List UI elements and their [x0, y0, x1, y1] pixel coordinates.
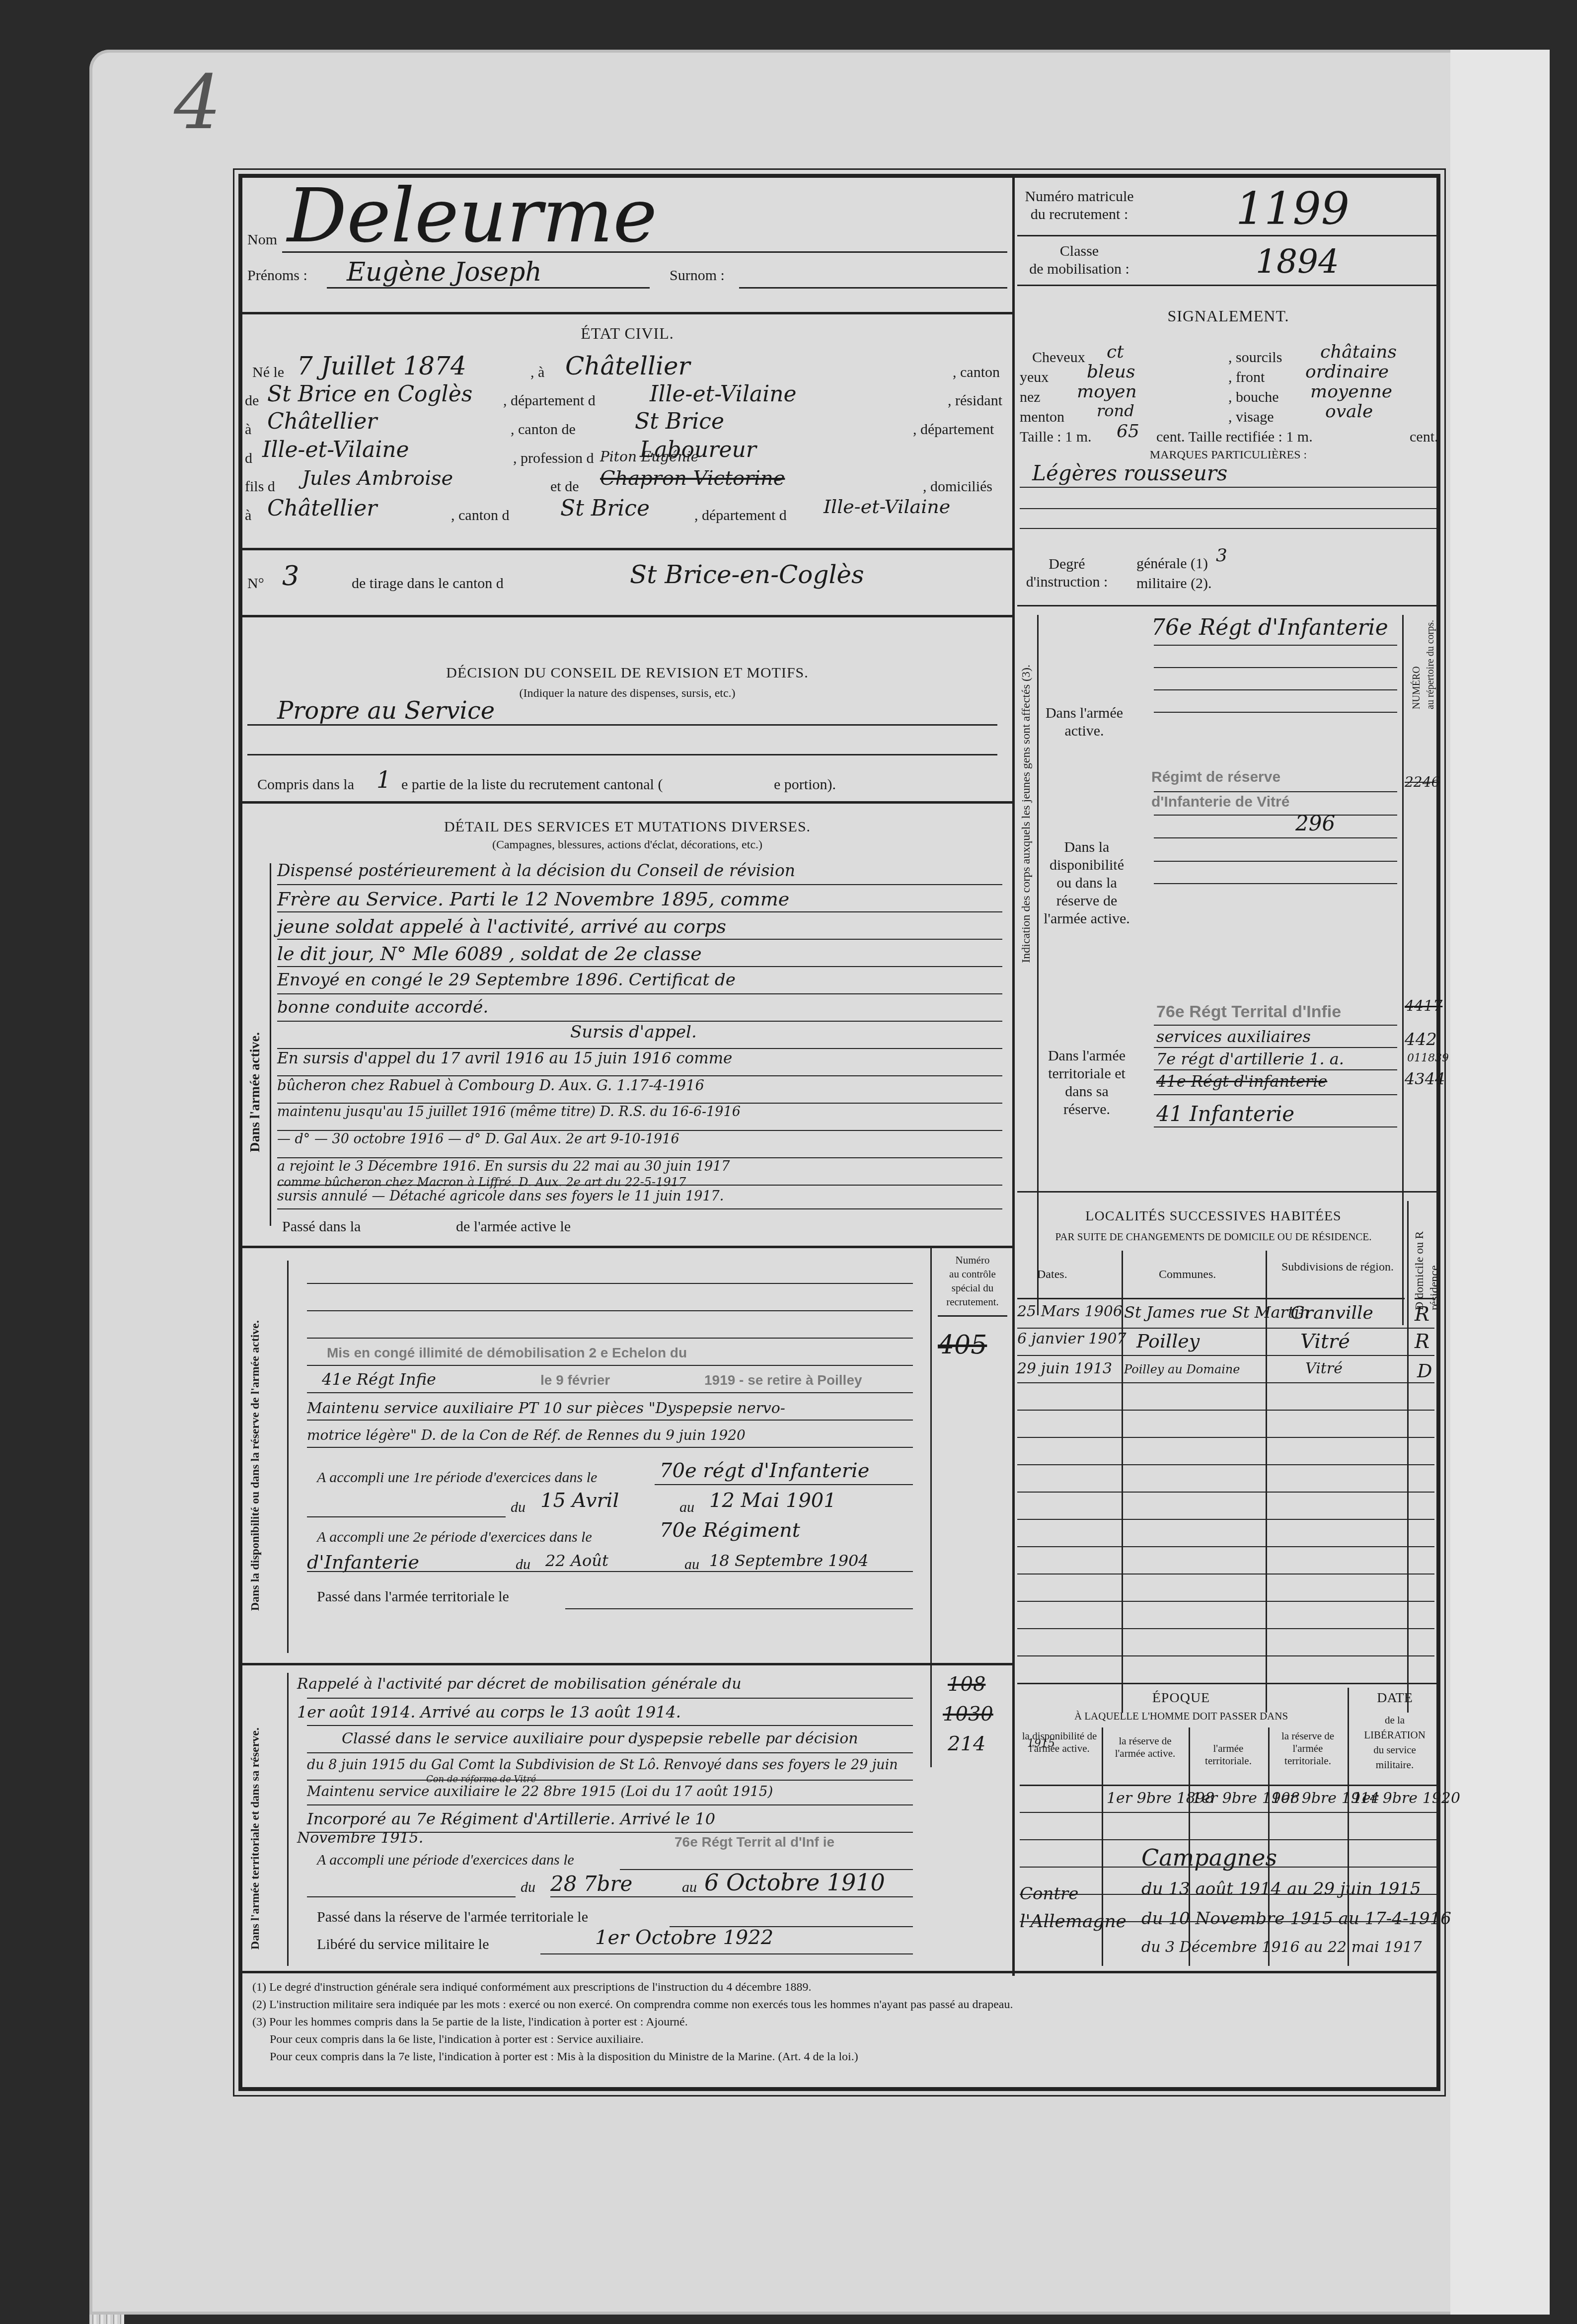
- rule: [938, 1315, 1007, 1317]
- rule: [307, 1698, 913, 1699]
- visage-label: , visage: [1228, 409, 1274, 426]
- localites-date: 29 juin 1913: [1017, 1360, 1112, 1377]
- rule: [1017, 1601, 1434, 1602]
- periode1-to: 12 Mai 1901: [709, 1489, 836, 1512]
- rule: [1154, 861, 1397, 862]
- rule: [277, 966, 1002, 967]
- periode2-label: A accompli une 2e période d'exercices da…: [317, 1529, 592, 1546]
- instruction-generale-label: générale (1): [1136, 555, 1208, 572]
- numero-controle-value: 405: [938, 1330, 987, 1360]
- rule: [1017, 1574, 1434, 1574]
- rule: [1020, 487, 1437, 488]
- rule: [1154, 1126, 1397, 1127]
- corps-territoriale-line: 41 Infanterie: [1156, 1102, 1294, 1126]
- rule: [307, 1780, 913, 1781]
- divider: [242, 548, 1012, 550]
- services-subtitle: (Campagnes, blessures, actions d'éclat, …: [242, 838, 1012, 852]
- corps-dispo-repertoire: 2246: [1405, 774, 1440, 790]
- compris-prefix: Compris dans la: [257, 776, 354, 793]
- territoriale-periode-label: A accompli une période d'exercices dans …: [317, 1852, 574, 1869]
- surnom-label: Surnom :: [670, 267, 725, 284]
- rule: [307, 1283, 913, 1284]
- rule: [1154, 1047, 1397, 1048]
- corps-territoriale-number: 442: [1405, 1030, 1437, 1050]
- sourcils-label: , sourcils: [1228, 349, 1282, 366]
- corps-territoriale-number: 4417: [1405, 997, 1442, 1015]
- instruction-generale-value: 3: [1216, 545, 1227, 566]
- classe-label-line: de mobilisation :: [1029, 261, 1129, 277]
- rule: [307, 1896, 516, 1897]
- date-liberation-line: du service: [1373, 1744, 1416, 1756]
- numero-repertoire-line: NUMÉRO: [1411, 666, 1422, 709]
- services-line: comme bûcheron chez Macron à Liffré. D. …: [277, 1175, 686, 1189]
- passe-reserve-label: Passé dans la réserve de l'armée territo…: [317, 1909, 588, 1926]
- instruction-label-line: Degré: [1049, 556, 1085, 572]
- dom-a-label: à: [245, 507, 251, 524]
- rule: [1154, 1094, 1397, 1095]
- localites-type-header: D domicile ou R résidence.: [1412, 1211, 1442, 1310]
- rule: [1017, 1628, 1434, 1629]
- residant-canton-label: , canton de: [511, 421, 576, 438]
- passe-active-suffix: de l'armée active le: [456, 1218, 571, 1235]
- campagnes-contre-label: Contre: [1020, 1884, 1078, 1904]
- rule: [1017, 235, 1439, 236]
- divider: [242, 801, 1012, 804]
- localites-type-rule: [1407, 1201, 1409, 1713]
- dom-dept-label: , département d: [694, 507, 787, 524]
- corps-dispo-stamp: d'Infanterie de Vitré: [1151, 794, 1289, 811]
- territoriale-periode-to: 6 Octobre 1910: [704, 1869, 885, 1896]
- conseil-title: DÉCISION DU CONSEIL DE REVISION ET MOTIF…: [242, 665, 1012, 681]
- tirage-no-label: N°: [247, 575, 264, 592]
- localites-date: 6 janvier 1907: [1017, 1330, 1126, 1348]
- libere-value: 1er Octobre 1922: [595, 1926, 773, 1949]
- rule: [277, 1103, 1002, 1104]
- rule: [1017, 1683, 1439, 1684]
- rule: [277, 1185, 1002, 1186]
- rule: [277, 1021, 1002, 1022]
- corps-territoriale-number: 4344: [1405, 1069, 1445, 1088]
- classe-label: Classe de mobilisation :: [1017, 242, 1141, 278]
- rule: [1017, 1382, 1434, 1383]
- passe-active-label: Passé dans la: [282, 1218, 361, 1235]
- matricule-form: Nom Deleurme Prénoms : Eugène Joseph Sur…: [238, 174, 1440, 2091]
- corps-territoriale-line: 7e régt d'artillerie 1. a.: [1156, 1050, 1344, 1068]
- epoque-col-territoriale: l'armée territoriale.: [1191, 1742, 1266, 1767]
- rule: [277, 1048, 1002, 1049]
- date-liberation-line: de la: [1385, 1714, 1405, 1726]
- conseil-rule: [247, 724, 997, 726]
- divider: [242, 1663, 1012, 1665]
- periode2-to: 18 Septembre 1904: [709, 1551, 869, 1570]
- localites-subdivision: Vitré: [1300, 1330, 1350, 1353]
- disponibilite-bracket: [287, 1261, 289, 1653]
- localites-title: LOCALITÉS SUCCESSIVES HABITÉES: [1017, 1208, 1410, 1224]
- prenoms-rule: [327, 287, 650, 289]
- divider: [242, 1246, 1012, 1248]
- rule: [277, 939, 1002, 940]
- services-line: sursis annulé — Détaché agricole dans se…: [277, 1189, 724, 1204]
- periode2-from: 22 Août: [545, 1551, 608, 1570]
- du-label: du: [521, 1879, 535, 1896]
- au-label: au: [684, 1556, 699, 1573]
- residant-a-label: à: [245, 421, 251, 438]
- localites-subdivision: Granville: [1290, 1303, 1373, 1323]
- rule: [307, 1571, 913, 1572]
- rule: [540, 1953, 913, 1954]
- territoriale-line: Maintenu service auxiliaire le 22 8bre 1…: [307, 1783, 773, 1799]
- marques-value: Légères rousseurs: [1032, 461, 1227, 485]
- tirage-canton: St Brice-en-Coglès: [630, 560, 864, 589]
- localites-type: R: [1415, 1303, 1429, 1326]
- services-title: DÉTAIL DES SERVICES ET MUTATIONS DIVERSE…: [242, 819, 1012, 835]
- au-label: au: [682, 1879, 697, 1896]
- au-label: au: [679, 1499, 694, 1516]
- services-line: Envoyé en congé le 29 Septembre 1896. Ce…: [277, 970, 736, 990]
- instruction-label: Degré d'instruction :: [1017, 555, 1117, 591]
- rule: [1017, 1191, 1439, 1193]
- parents-departement: Ille-et-Vilaine: [824, 496, 950, 518]
- marques-title: MARQUES PARTICULIÈRES :: [1017, 449, 1439, 462]
- footnotes-divider: [242, 1971, 1439, 1973]
- rule: [307, 1447, 913, 1448]
- date-liberation-title: DATE: [1350, 1690, 1439, 1706]
- footnote: Pour ceux compris dans la 7e liste, l'in…: [270, 2050, 858, 2064]
- rule: [1154, 1025, 1397, 1026]
- rule: [1017, 1519, 1434, 1520]
- rule: [307, 1310, 913, 1311]
- classe-value: 1894: [1256, 242, 1339, 281]
- matricule-value: 1199: [1236, 183, 1350, 235]
- numero-repertoire-header: NUMÉRO au répertoire du corps.: [1410, 620, 1437, 709]
- services-line: maintenu jusqu'au 15 juillet 1916 (même …: [277, 1104, 741, 1120]
- territoriale-bracket: [287, 1673, 289, 1966]
- rule: [1154, 667, 1397, 668]
- numero-header-line: Numéro: [956, 1254, 990, 1266]
- compris-mid: e partie de la liste du recrutement cant…: [401, 776, 663, 793]
- d-label: d: [245, 450, 252, 467]
- instruction-label-line: d'instruction :: [1026, 574, 1108, 590]
- territoriale-stamp: 76e Régt Territ al d'Inf ie: [675, 1834, 834, 1850]
- date-liberation-line: militaire.: [1376, 1759, 1414, 1771]
- du-label: du: [511, 1499, 526, 1516]
- divider: [242, 312, 1012, 314]
- rule: [1154, 712, 1397, 713]
- numero-header-line: recrutement.: [946, 1296, 999, 1308]
- rule: [565, 1608, 913, 1609]
- corps-territoriale-label: Dans l'armée territoriale et dans sa rés…: [1042, 1047, 1131, 1119]
- rule: [550, 1896, 913, 1897]
- localites-col-subdivisions: Subdivisions de région.: [1276, 1261, 1400, 1274]
- rule: [1017, 1298, 1405, 1299]
- libere-label: Libéré du service militaire le: [317, 1936, 489, 1953]
- campagnes-title: Campagnes: [1141, 1844, 1277, 1871]
- departement-label: , département d: [503, 392, 596, 409]
- services-line: En sursis d'appel du 17 avril 1916 au 15…: [277, 1050, 732, 1067]
- rule: [1154, 791, 1397, 792]
- demobilisation-date: le 9 février: [540, 1372, 610, 1388]
- rule: [1017, 1546, 1434, 1547]
- residant-label: , résidant: [948, 392, 1002, 409]
- rule: [1154, 815, 1397, 816]
- services-line: Sursis d'appel.: [570, 1022, 697, 1042]
- rule: [307, 1804, 913, 1805]
- signalement-title: SIGNALEMENT.: [1017, 307, 1439, 325]
- demobilisation-stamp: Mis en congé illimité de démobilisation …: [327, 1345, 687, 1361]
- rule: [307, 1725, 913, 1726]
- territoriale-periode-from: 28 7bre: [550, 1872, 632, 1896]
- campagnes-pays: l'Allemagne: [1020, 1911, 1126, 1932]
- numero-column-rule: [930, 1246, 932, 1767]
- de-label: de: [245, 392, 259, 409]
- rule: [307, 1752, 913, 1753]
- rule: [307, 1338, 913, 1339]
- date-liberation-value: 1er 9bre 1920: [1352, 1790, 1460, 1807]
- territoriale-number: 1030: [943, 1703, 993, 1725]
- profession-label: , profession d: [513, 450, 594, 467]
- periode1-from: 15 Avril: [540, 1489, 619, 1512]
- cheveux-label: Cheveux: [1032, 349, 1085, 366]
- compris-partie-value: 1: [376, 766, 391, 793]
- territoriale-side-label: Dans l'armée territoriale et dans sa rés…: [245, 1727, 266, 1949]
- residence-commune: Châtellier: [267, 409, 377, 434]
- periode2-corps: 70e Régiment: [660, 1519, 800, 1542]
- parents-canton: St Brice: [560, 496, 650, 521]
- menton-value: rond: [1097, 401, 1134, 420]
- corps-active-label: Dans l'armée active.: [1042, 704, 1126, 740]
- territoriale-line: Rappelé à l'activité par décret de mobil…: [297, 1675, 742, 1693]
- etat-civil-title: ÉTAT CIVIL.: [242, 324, 1012, 343]
- cheveux-value: ct: [1107, 342, 1124, 362]
- services-side-label: Dans l'armée active.: [247, 1032, 263, 1152]
- numero-controle-header: Numéro au contrôle spécial du recrutemen…: [935, 1253, 1010, 1309]
- territoriale-line: 1er août 1914. Arrivé au corps le 13 aoû…: [297, 1703, 681, 1722]
- services-line: bonne conduite accordé.: [277, 997, 488, 1017]
- taille-value: 65: [1117, 421, 1139, 442]
- services-line: bûcheron chez Rabuel à Combourg D. Aux. …: [277, 1077, 704, 1094]
- footnote: (1) Le degré d'instruction générale sera…: [252, 1981, 812, 1994]
- rule: [1017, 1355, 1434, 1356]
- localites-col-dates: Dates.: [1037, 1268, 1067, 1281]
- services-line: Dispensé postérieurement à la décision d…: [277, 861, 795, 880]
- rule: [307, 1420, 913, 1421]
- numero-header-line: au contrôle: [949, 1268, 996, 1280]
- corps-dispo-label: Dans la disponibilité ou dans la réserve…: [1042, 838, 1131, 928]
- campagne-period: du 10 Novembre 1915 au 17-4-1916: [1141, 1909, 1451, 1929]
- date-liberation-line: LIBÉRATION: [1364, 1729, 1426, 1741]
- services-line: — d° — 30 octobre 1916 — d° D. Gal Aux. …: [277, 1131, 679, 1147]
- taille-label: Taille : 1 m.: [1020, 429, 1092, 446]
- epoque-margin-note: 1915: [1027, 1737, 1055, 1750]
- matricule-label: Numéro matricule du recrutement :: [1017, 188, 1141, 224]
- passe-territoriale-label: Passé dans l'armée territoriale le: [317, 1588, 509, 1605]
- menton-label: menton: [1020, 409, 1064, 426]
- nez-label: nez: [1020, 389, 1041, 406]
- rule: [1017, 1437, 1434, 1438]
- yeux-label: yeux: [1020, 369, 1049, 386]
- rule: [1017, 285, 1439, 286]
- rule: [1020, 508, 1437, 509]
- nez-value: moyen: [1077, 381, 1137, 402]
- nom-label: Nom: [247, 231, 277, 248]
- rule: [277, 993, 1002, 994]
- cent-label: cent.: [1410, 429, 1438, 446]
- localites-subdivision: Vitré: [1305, 1360, 1343, 1377]
- rule: [1020, 1812, 1437, 1813]
- rule: [1017, 1328, 1434, 1329]
- rule: [277, 1130, 1002, 1131]
- footnote: (2) L'instruction militaire sera indiqué…: [252, 1998, 1013, 2012]
- footnote: Pour ceux compris dans la 6e liste, l'in…: [270, 2033, 644, 2046]
- localites-type: R: [1415, 1330, 1429, 1353]
- territoriale-line: Incorporé au 7e Régiment d'Artillerie. A…: [307, 1809, 715, 1828]
- rule: [1017, 1655, 1434, 1656]
- services-line: a rejoint le 3 Décembre 1916. En sursis …: [277, 1159, 730, 1174]
- rule: [307, 1392, 913, 1393]
- matricule-label-line: du recrutement :: [1031, 206, 1128, 223]
- du-label: du: [516, 1556, 530, 1573]
- rule: [1020, 1785, 1437, 1786]
- periode2-corps-continued: d'Infanterie: [307, 1551, 419, 1573]
- page-right-margin: [1450, 50, 1550, 2315]
- periode1-corps: 70e régt d'Infanterie: [660, 1459, 869, 1482]
- matricule-label-line: Numéro matricule: [1025, 188, 1133, 205]
- rule: [1017, 1410, 1434, 1411]
- rule: [1154, 837, 1397, 838]
- corps-dispo-stamp: Régimt de réserve: [1151, 769, 1280, 786]
- services-line: jeune soldat appelé à l'activité, arrivé…: [277, 915, 726, 937]
- divider: [242, 615, 1012, 617]
- rule: [1154, 883, 1397, 884]
- prenoms-label: Prénoms :: [247, 267, 307, 284]
- rule: [277, 1157, 1002, 1158]
- conseil-decision: Propre au Service: [277, 697, 495, 725]
- tirage-no-value: 3: [282, 560, 299, 592]
- front-value: ordinaire: [1305, 362, 1389, 382]
- rule: [277, 1075, 1002, 1076]
- tirage-label: de tirage dans le canton d: [352, 575, 504, 592]
- corps-territoriale-stamp: 76e Régt Territal d'Infie: [1156, 1002, 1341, 1022]
- column-divider: [1012, 178, 1015, 1976]
- birth-departement: Ille-et-Vilaine: [650, 381, 797, 407]
- demobilisation-retire: 1919 - se retire à Poilley: [704, 1372, 862, 1388]
- rule: [1020, 528, 1437, 529]
- localites-type: D: [1417, 1360, 1432, 1382]
- rule: [277, 1208, 1002, 1209]
- ne-le-label: Né le: [252, 364, 284, 381]
- surnom-rule: [739, 287, 1007, 289]
- services-line: Frère au Service. Parti le 12 Novembre 1…: [277, 888, 789, 910]
- rule: [1154, 1069, 1397, 1070]
- conseil-rule: [247, 754, 997, 755]
- localites-commune: Poilley au Domaine: [1124, 1362, 1240, 1376]
- epoque-title: ÉPOQUE: [1017, 1690, 1345, 1706]
- rule: [1415, 1298, 1434, 1299]
- corps-territoriale-line: services auxiliaires: [1156, 1027, 1311, 1046]
- campagne-period: du 3 Décembre 1916 au 22 mai 1917: [1141, 1939, 1422, 1956]
- residence-departement: Ille-et-Vilaine: [262, 437, 409, 462]
- localites-commune: Poilley: [1136, 1330, 1200, 1352]
- rule: [655, 1484, 913, 1485]
- compris-suffix: e portion).: [774, 776, 836, 793]
- territoriale-number: 108: [948, 1673, 985, 1696]
- birth-place: Châtellier: [565, 352, 690, 380]
- front-label: , front: [1228, 369, 1265, 386]
- fils-label: fils d: [245, 478, 275, 495]
- rule: [307, 1365, 913, 1366]
- rule: [277, 884, 1002, 885]
- corps-territoriale-line: 41e Régt d'infanterie: [1156, 1072, 1327, 1091]
- rule: [1017, 1464, 1434, 1465]
- epoque-col-reserve-territoriale: la réserve de l'armée territoriale.: [1271, 1730, 1345, 1767]
- rule: [1020, 1839, 1437, 1840]
- rule: [277, 911, 1002, 912]
- services-bracket: [270, 863, 271, 1226]
- territoriale-line: Classé dans le service auxiliaire pour d…: [342, 1730, 858, 1747]
- bouche-label: , bouche: [1228, 389, 1279, 406]
- corps-active-value: 76e Régt d'Infanterie: [1151, 615, 1388, 640]
- rule: [1017, 605, 1439, 606]
- visage-value: ovale: [1325, 401, 1373, 422]
- nom-rule: [282, 251, 1007, 253]
- localites-date: 25 Mars 1906: [1017, 1303, 1123, 1320]
- territoriale-line: du 8 juin 1915 du Gal Comt la Subdivisio…: [307, 1757, 898, 1773]
- canton-label: , canton: [953, 364, 1000, 381]
- numero-repertoire-line: au répertoire du corps.: [1425, 620, 1436, 709]
- localites-subtitle: PAR SUITE DE CHANGEMENTS DE DOMICILE OU …: [1017, 1231, 1410, 1243]
- rule: [307, 1516, 506, 1517]
- mother-name-correction: Piton Eugénie: [600, 449, 699, 465]
- father-name: Jules Ambroise: [302, 467, 453, 490]
- domicilies-label: , domiciliés: [923, 478, 992, 495]
- folio-number: 4: [174, 60, 221, 146]
- mother-name: Chapron Victorine: [600, 467, 785, 490]
- epoque-col-reserve-active: la réserve de l'armée active.: [1104, 1735, 1186, 1760]
- parents-commune: Châtellier: [267, 496, 377, 521]
- footnote: (3) Pour les hommes compris dans la 5e p…: [252, 2016, 688, 2029]
- date-liberation-subtitle: de la LIBÉRATION du service militaire.: [1350, 1713, 1439, 1772]
- bouche-value: moyenne: [1310, 381, 1392, 402]
- maintenu-line: Maintenu service auxiliaire PT 10 sur pi…: [307, 1400, 785, 1417]
- dom-canton-label: , canton d: [451, 507, 509, 524]
- localites-commune: St James rue St Martin: [1124, 1303, 1310, 1322]
- territoriale-number: 214: [948, 1732, 985, 1755]
- rule: [1154, 689, 1397, 690]
- nom-value: Deleurme: [287, 173, 657, 259]
- corps-territoriale-number: 011839: [1407, 1052, 1449, 1064]
- campagne-period: du 13 août 1914 au 29 juin 1915: [1141, 1879, 1421, 1899]
- instruction-militaire-label: militaire (2).: [1136, 575, 1212, 592]
- territoriale-line: Novembre 1915.: [297, 1829, 423, 1847]
- taille-rectifiee-label: cent. Taille rectifiée : 1 m.: [1156, 429, 1313, 446]
- rule: [1154, 645, 1397, 646]
- localites-col-communes: Communes.: [1159, 1268, 1216, 1281]
- corps-side-label: Indication des corps auxquels les jeunes…: [1020, 665, 1033, 963]
- yeux-value: bleus: [1087, 362, 1135, 382]
- et-de-label: et de: [550, 478, 579, 495]
- prenoms-value: Eugène Joseph: [347, 257, 542, 287]
- maintenu-line: motrice légère" D. de la Con de Réf. de …: [307, 1427, 746, 1443]
- birth-date: 7 Juillet 1874: [297, 352, 466, 380]
- disponibilite-side-label: Dans la disponibilité ou dans la réserve…: [245, 1320, 266, 1611]
- sourcils-value: châtains: [1320, 342, 1397, 362]
- a-label: , à: [530, 364, 544, 381]
- rule: [1017, 1492, 1434, 1493]
- classe-label-line: Classe: [1060, 243, 1099, 259]
- demobilisation-regiment: 41e Régt Infie: [322, 1370, 436, 1389]
- periode1-label: A accompli une 1re période d'exercices d…: [317, 1469, 597, 1486]
- epoque-subtitle: À LAQUELLE L'HOMME DOIT PASSER DANS: [1017, 1710, 1345, 1723]
